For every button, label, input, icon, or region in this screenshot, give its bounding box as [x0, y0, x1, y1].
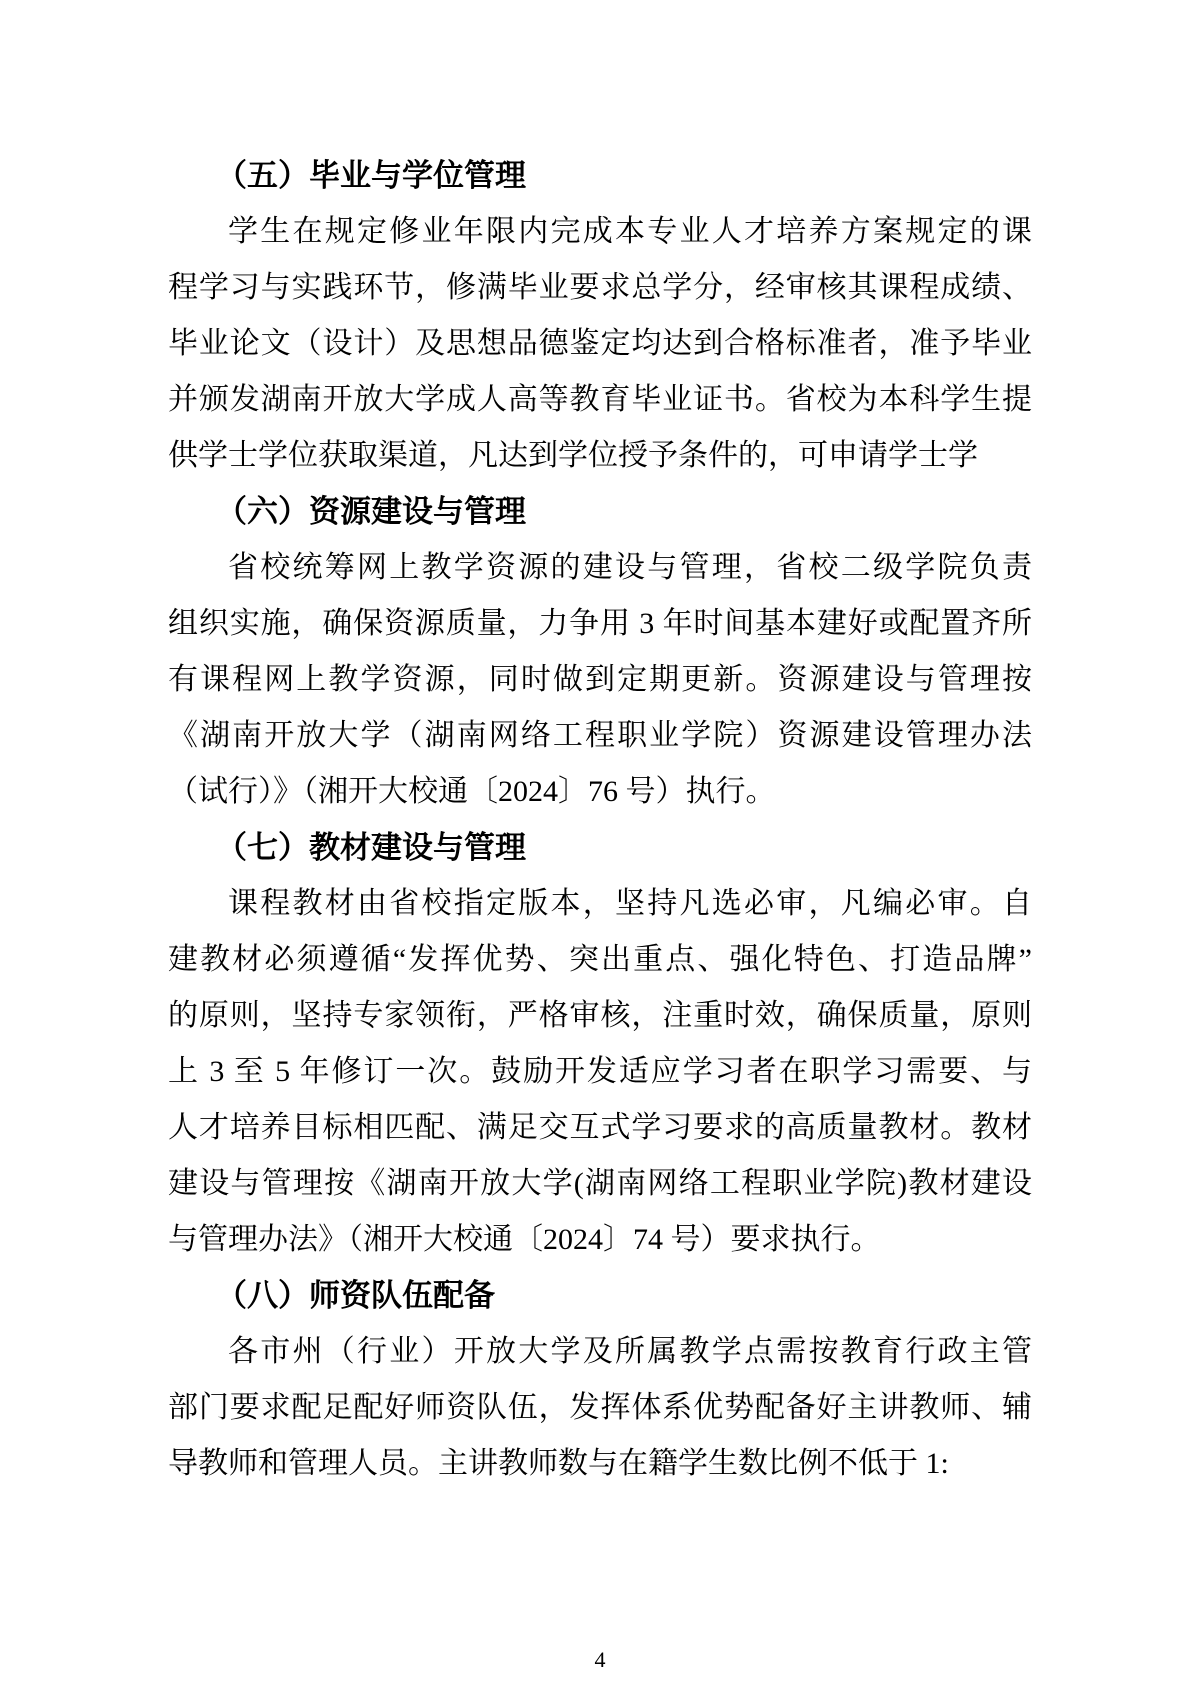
text-line: 程学习与实践环节，修满毕业要求总学分，经审核其课程成绩、 [168, 260, 1032, 316]
text-line: 课程教材由省校指定版本，坚持凡选必审，凡编必审。自 [168, 876, 1032, 932]
page-number: 4 [595, 1647, 606, 1672]
text-line: 部门要求配足配好师资队伍，发挥体系优势配备好主讲教师、辅 [168, 1380, 1032, 1436]
section-6-heading: （六）资源建设与管理 [168, 484, 1032, 540]
section-8-heading-text: （八）师资队伍配备 [168, 1268, 1032, 1324]
text-line: 人才培养目标相匹配、满足交互式学习要求的高质量教材。教材 [168, 1100, 1032, 1156]
text-line: 各市州（行业）开放大学及所属教学点需按教育行政主管 [168, 1324, 1032, 1380]
text-line: 建教材必须遵循“发挥优势、突出重点、强化特色、打造品牌” [168, 932, 1032, 988]
section-8-paragraph: 各市州（行业）开放大学及所属教学点需按教育行政主管 部门要求配足配好师资队伍，发… [168, 1324, 1032, 1492]
text-line: 上 3 至 5 年修订一次。鼓励开发适应学习者在职学习需要、与 [168, 1044, 1032, 1100]
text-line: 并颁发湖南开放大学成人高等教育毕业证书。省校为本科学生提 [168, 372, 1032, 428]
section-5-heading: （五）毕业与学位管理 [168, 148, 1032, 204]
section-5-heading-text: （五）毕业与学位管理 [168, 148, 1032, 204]
text-line: 省校统筹网上教学资源的建设与管理，省校二级学院负责 [168, 540, 1032, 596]
text-line: （试行）》（湘开大校通〔2024〕76 号）执行。 [168, 764, 1032, 820]
text-line: 《湖南开放大学（湖南网络工程职业学院）资源建设管理办法 [168, 708, 1032, 764]
text-line: 学生在规定修业年限内完成本专业人才培养方案规定的课 [168, 204, 1032, 260]
section-7-paragraph: 课程教材由省校指定版本，坚持凡选必审，凡编必审。自 建教材必须遵循“发挥优势、突… [168, 876, 1032, 1268]
text-line: 有课程网上教学资源，同时做到定期更新。资源建设与管理按 [168, 652, 1032, 708]
text-line: 组织实施，确保资源质量，力争用 3 年时间基本建好或配置齐所 [168, 596, 1032, 652]
section-7-heading-text: （七）教材建设与管理 [168, 820, 1032, 876]
text-line: 导教师和管理人员。主讲教师数与在籍学生数比例不低于 1: [168, 1436, 1032, 1492]
text-line: 建设与管理按《湖南开放大学(湖南网络工程职业学院)教材建设 [168, 1156, 1032, 1212]
section-7-heading: （七）教材建设与管理 [168, 820, 1032, 876]
text-line: 供学士学位获取渠道，凡达到学位授予条件的，可申请学士学位。 [168, 428, 1032, 484]
text-line: 的原则，坚持专家领衔，严格审核，注重时效，确保质量，原则 [168, 988, 1032, 1044]
section-6-heading-text: （六）资源建设与管理 [168, 484, 1032, 540]
section-6-paragraph: 省校统筹网上教学资源的建设与管理，省校二级学院负责 组织实施，确保资源质量，力争… [168, 540, 1032, 820]
page-footer: 4 [168, 1646, 1032, 1674]
document-page: （五）毕业与学位管理 学生在规定修业年限内完成本专业人才培养方案规定的课 程学习… [0, 0, 1191, 1684]
text-line: 毕业论文（设计）及思想品德鉴定均达到合格标准者，准予毕业 [168, 316, 1032, 372]
document-content: （五）毕业与学位管理 学生在规定修业年限内完成本专业人才培养方案规定的课 程学习… [168, 148, 1032, 1492]
text-line: 与管理办法》（湘开大校通〔2024〕74 号）要求执行。 [168, 1212, 1032, 1268]
section-8-heading: （八）师资队伍配备 [168, 1268, 1032, 1324]
section-5-paragraph: 学生在规定修业年限内完成本专业人才培养方案规定的课 程学习与实践环节，修满毕业要… [168, 204, 1032, 484]
